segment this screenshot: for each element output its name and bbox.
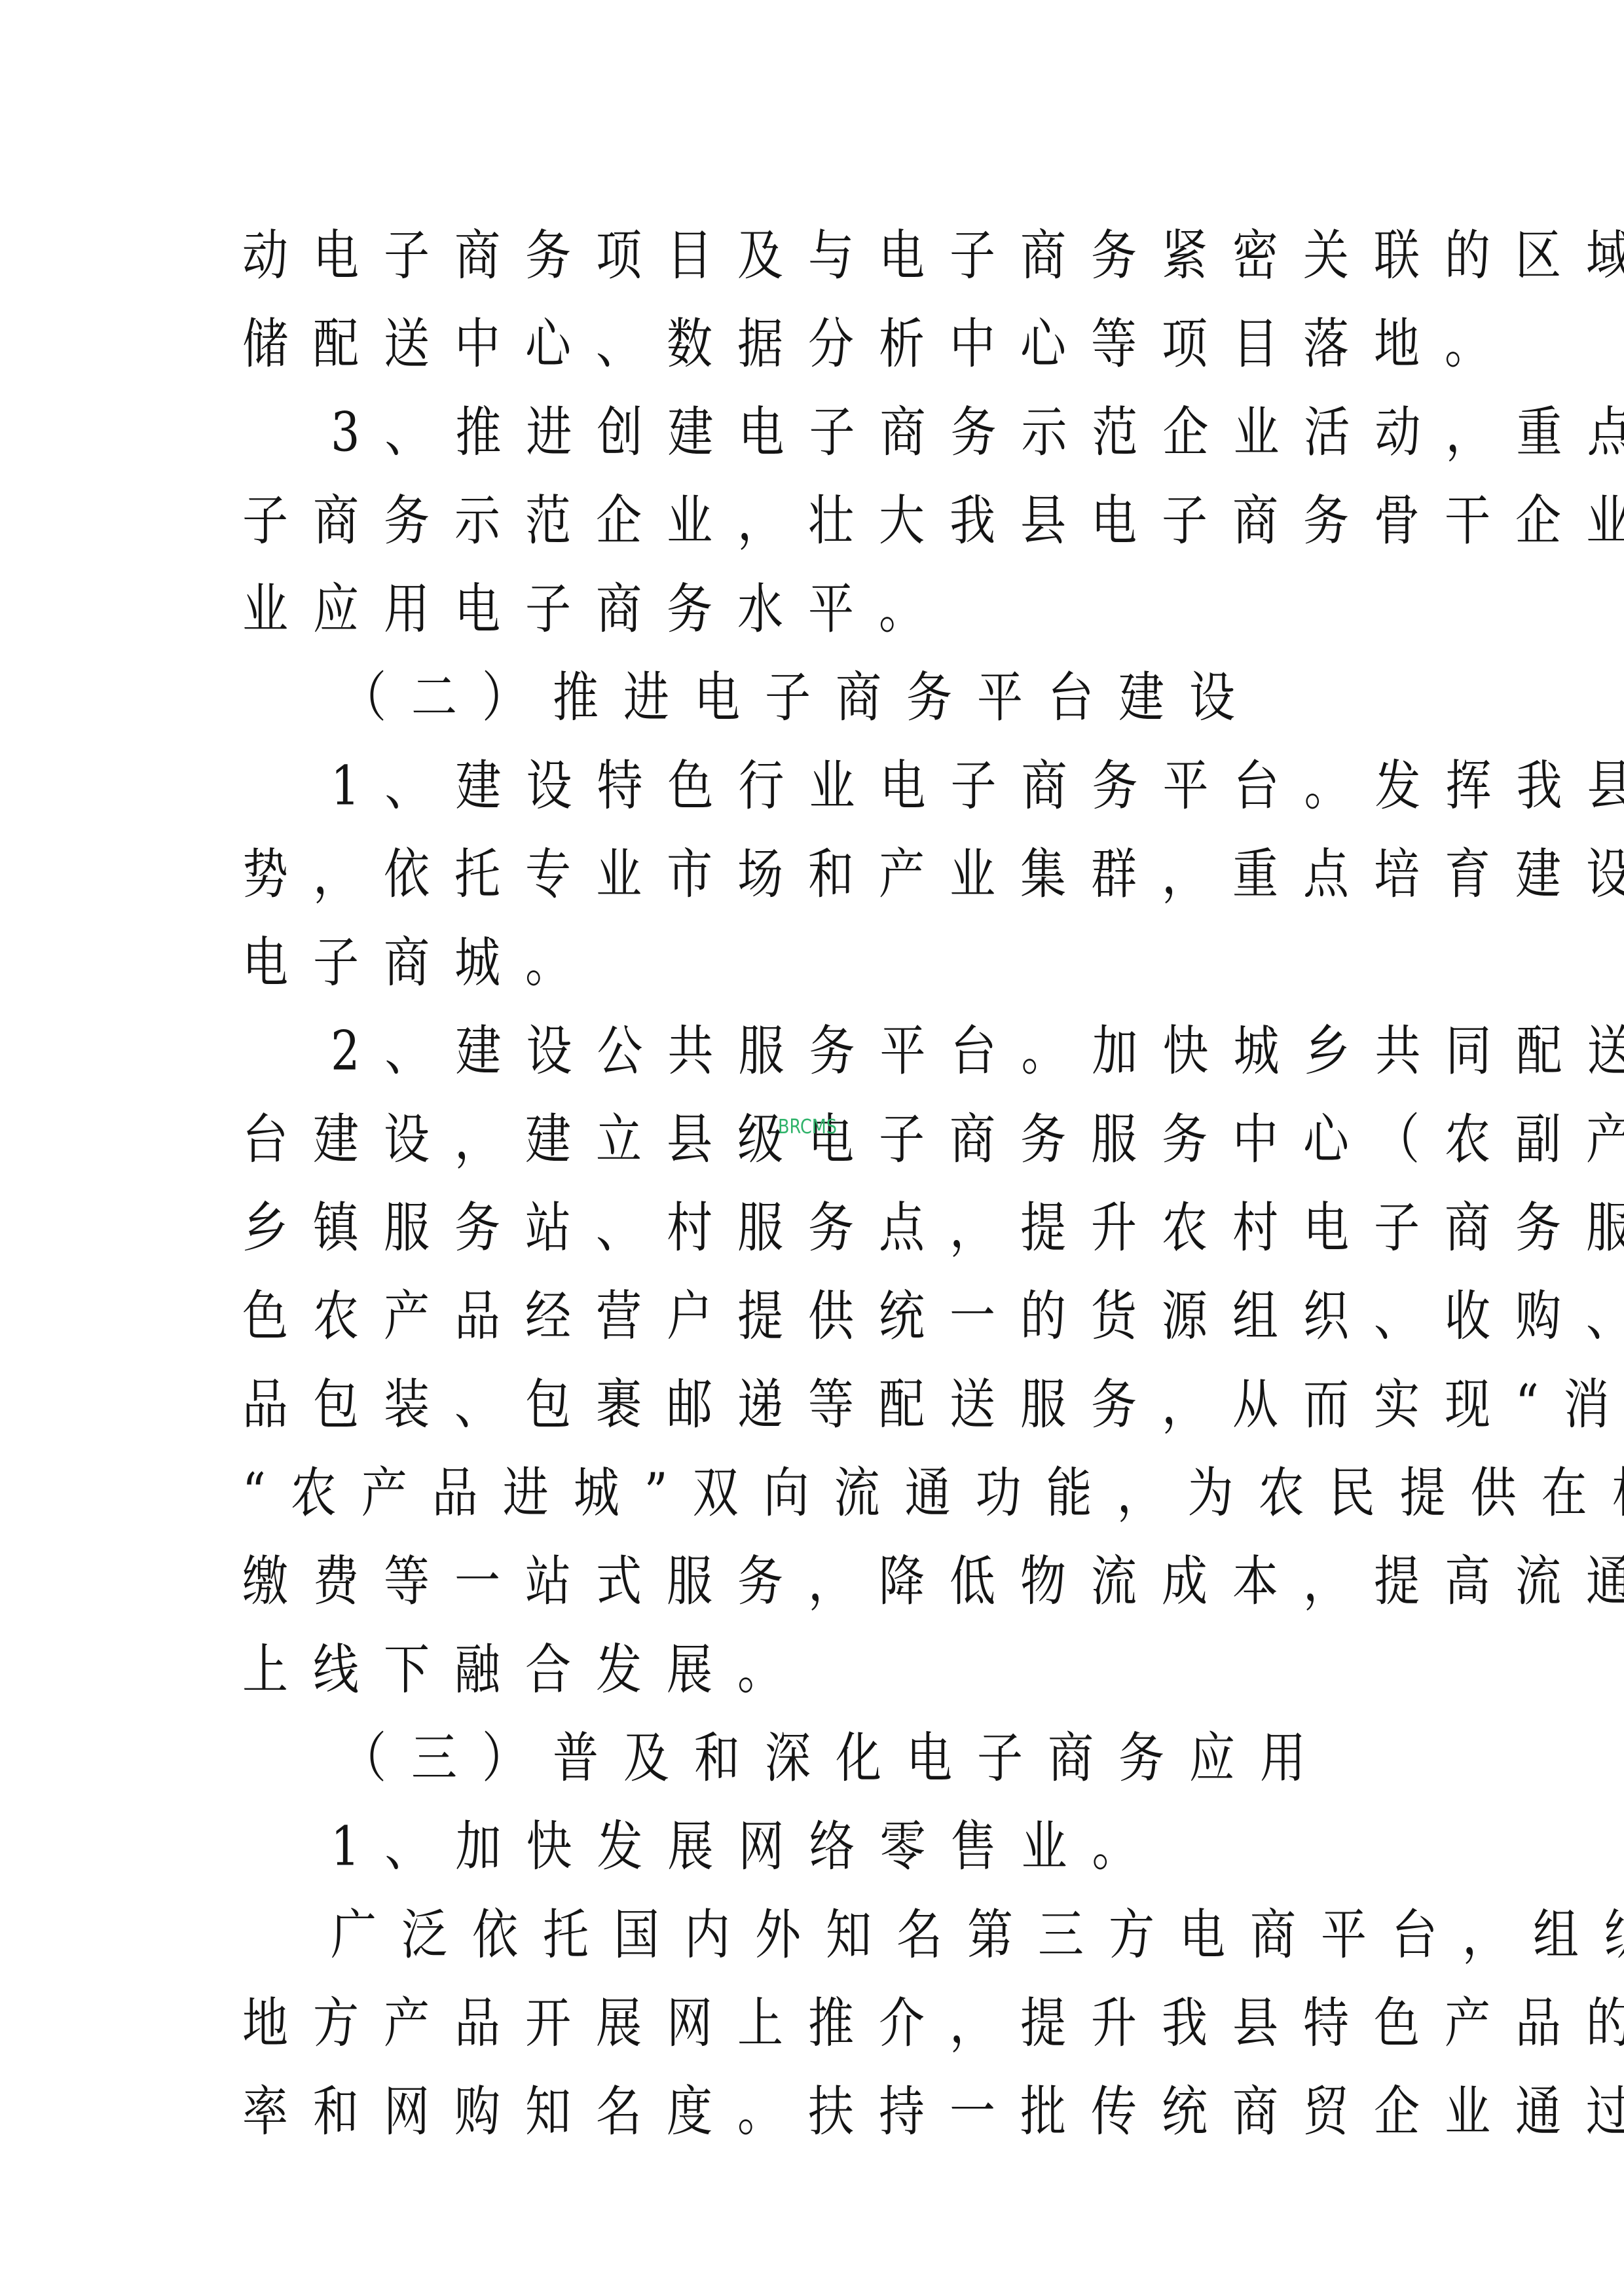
text-line: 色农产品经营户提供统一的货源组织、收购、订单处理、产 xyxy=(242,1273,1395,1358)
text-line: 电子商城。 xyxy=(242,920,1395,1005)
section-heading: （二）推进电子商务平台建设 xyxy=(341,655,1493,740)
text-line: 上线下融合发展。 xyxy=(242,1627,1395,1712)
text-line: 储配送中心、数据分析中心等项目落地。 xyxy=(242,301,1395,386)
text-line: 地方产品开展网上推介，提升我县特色产品的网络市场占有 xyxy=(242,1980,1395,2066)
text-line: 品包装、包裹邮递等配送服务，从而实现“消费品下乡”和 xyxy=(242,1362,1395,1447)
text-line: 台建设，建立县级电子商务服务中心（农副产品展示中心）、 xyxy=(242,1097,1395,1182)
text-line: 3、推进创建电子商务示范企业活动，重点培育一批电 xyxy=(331,390,1483,475)
text-line: 广泛依托国内外知名第三方电商平台，组织我县名特优 xyxy=(331,1892,1483,1977)
text-line: 2、建设公共服务平台。加快城乡共同配送信息服务平 xyxy=(331,1008,1483,1093)
document-page: 动电子商务项目及与电子商务紧密关联的区域物流基地、仓 储配送中心、数据分析中心等… xyxy=(0,0,1624,2296)
section-heading: （三）普及和深化电子商务应用 xyxy=(341,1715,1493,1800)
text-line: 率和网购知名度。扶持一批传统商贸企业通过建设网上商城 xyxy=(242,2069,1395,2154)
text-line: 势，依托专业市场和产业集群，重点培育建设固阳县特色 xyxy=(242,831,1395,917)
text-line: 缴费等一站式服务，降低物流成本，提高流通效率，推动线 xyxy=(242,1539,1395,1624)
text-line: 1、建设特色行业电子商务平台。发挥我县商贸物流优 xyxy=(331,743,1483,828)
text-line: 1、加快发展网络零售业。 xyxy=(331,1804,1483,1889)
text-line: 子商务示范企业，壮大我县电子商务骨干企业队伍，提升企 xyxy=(242,478,1395,563)
watermark: BRCMS xyxy=(778,1116,837,1139)
text-line: 业应用电子商务水平。 xyxy=(242,566,1395,651)
text-line: “农产品进城”双向流通功能，为农民提供在村购物、售物、 xyxy=(242,1450,1395,1535)
text-line: 乡镇服务站、村服务点，提升农村电子商务服务水平，为特 xyxy=(242,1185,1395,1270)
text-line: 动电子商务项目及与电子商务紧密关联的区域物流基地、仓 xyxy=(242,213,1395,298)
